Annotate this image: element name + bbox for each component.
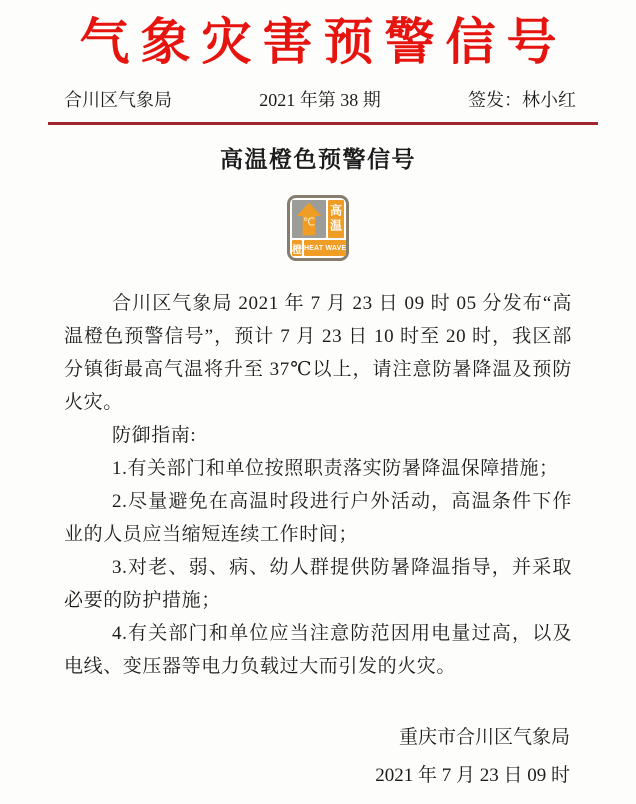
guide-heading: 防御指南: — [64, 419, 572, 452]
footer-agency: 重庆市合川区气象局 — [0, 719, 570, 757]
guide-item-1: 1.有关部门和单位按照职责落实防暑降温保障措施； — [64, 452, 572, 485]
footer-datetime: 2021 年 7 月 23 日 09 时 — [0, 757, 570, 795]
temperature-arrow-cell: ℃ — [292, 200, 326, 238]
guide-item-2: 2.尽量避免在高温时段进行户外活动，高温条件下作业的人员应当缩短连续工作时间； — [64, 485, 572, 551]
header-row: 合川区气象局 2021 年第 38 期 签发：林小红 — [64, 88, 576, 112]
warning-level-badge: 橙 — [292, 240, 302, 256]
guide-item-3: 3.对老、弱、病、幼人群提供防暑降温指导，并采取必要的防护措施； — [64, 551, 572, 617]
page-title: 气象灾害预警信号 — [0, 0, 636, 75]
announcement-paragraph: 合川区气象局 2021 年 7 月 23 日 09 时 05 分发布“高温橙色预… — [64, 287, 572, 419]
heat-wave-label-cn: 高温 — [328, 200, 344, 238]
warning-subtitle: 高温橙色预警信号 — [0, 145, 636, 175]
celsius-symbol: ℃ — [292, 216, 326, 229]
icon-row: ℃ 高温 橙 HEAT WAVE — [0, 195, 636, 261]
header-divider — [48, 122, 598, 125]
issuing-agency: 合川区气象局 — [64, 88, 172, 112]
signer: 签发：林小红 — [468, 88, 576, 112]
warning-bulletin-page: 气象灾害预警信号 合川区气象局 2021 年第 38 期 签发：林小红 高温橙色… — [0, 0, 636, 804]
icon-top-row: ℃ 高温 — [292, 200, 344, 238]
issue-number: 2021 年第 38 期 — [259, 88, 381, 112]
bulletin-body: 合川区气象局 2021 年 7 月 23 日 09 时 05 分发布“高温橙色预… — [64, 287, 572, 683]
heat-wave-warning-icon: ℃ 高温 橙 HEAT WAVE — [287, 195, 349, 261]
heat-wave-label-en: HEAT WAVE — [304, 240, 346, 256]
signature-block: 重庆市合川区气象局 2021 年 7 月 23 日 09 时 — [0, 719, 570, 795]
guide-item-4: 4.有关部门和单位应当注意防范因用电量过高，以及电线、变压器等电力负载过大而引发… — [64, 617, 572, 683]
icon-bottom-row: 橙 HEAT WAVE — [292, 240, 344, 256]
